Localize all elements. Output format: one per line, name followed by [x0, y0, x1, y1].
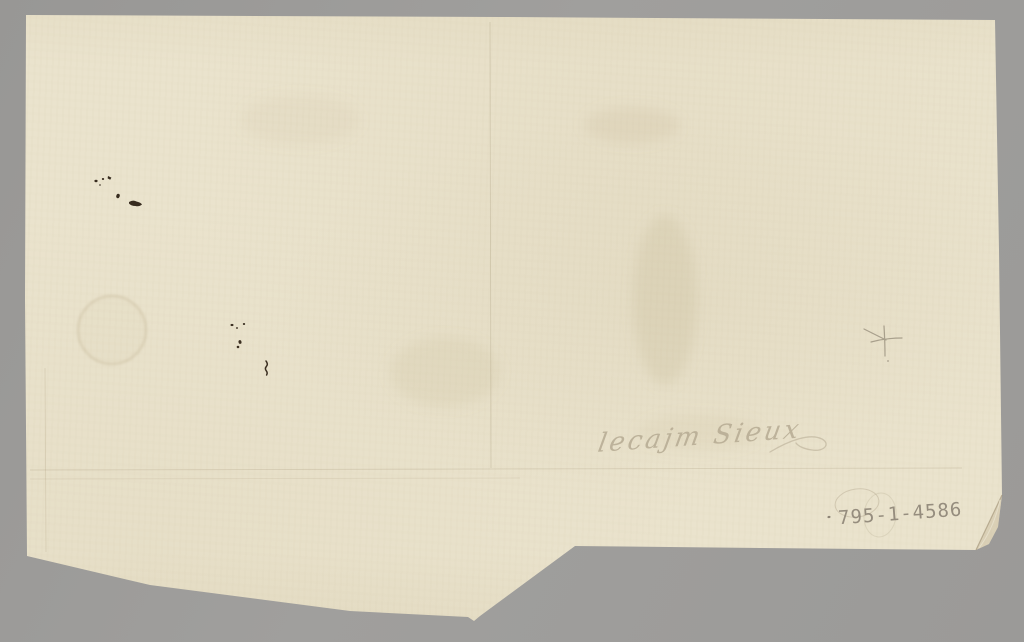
paper-sheet-verso	[0, 0, 1024, 642]
photo-background: lecajm Sieux 795-1-4586	[0, 0, 1024, 642]
